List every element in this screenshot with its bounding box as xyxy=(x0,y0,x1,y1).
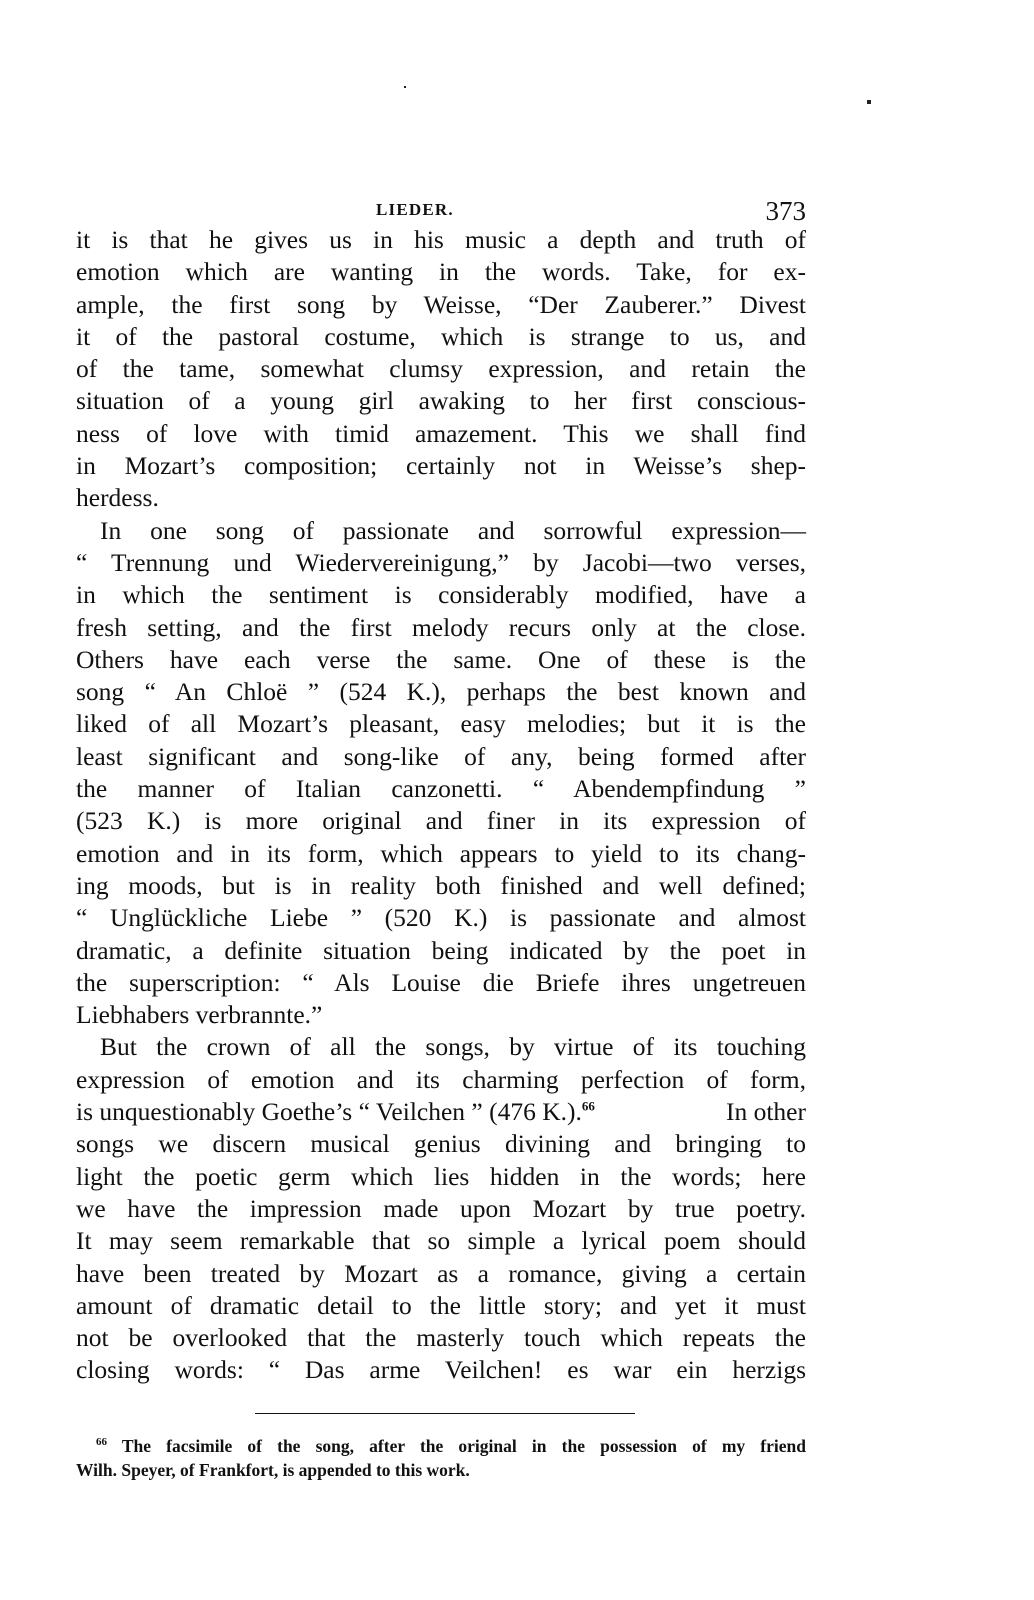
text-line: the superscription: “ Als Louise die Bri… xyxy=(76,967,806,999)
text-line: we have the impression made upon Mozart … xyxy=(76,1193,806,1225)
text-fragment: In other xyxy=(726,1096,806,1128)
footnote-divider xyxy=(255,1413,635,1414)
text-line: ample, the first song by Weisse, “Der Za… xyxy=(76,289,806,321)
text-line: ness of love with timid amazement. This … xyxy=(76,418,806,450)
text-line: in Mozart’s composition; certainly not i… xyxy=(76,450,806,482)
text-line: liked of all Mozart’s pleasant, easy mel… xyxy=(76,708,806,740)
footnote-marker: 66 xyxy=(96,1436,107,1448)
text-line: emotion which are wanting in the words. … xyxy=(76,256,806,288)
text-line: least significant and song-like of any, … xyxy=(76,741,806,773)
text-line: the manner of Italian canzonetti. “ Aben… xyxy=(76,773,806,805)
text-line: Liebhabers verbrannte.” xyxy=(76,999,806,1031)
page-number: 373 xyxy=(766,196,807,227)
text-line: amount of dramatic detail to the little … xyxy=(76,1290,806,1322)
text-line: closing words: “ Das arme Veilchen! es w… xyxy=(76,1354,806,1386)
text-line: It may seem remarkable that so simple a … xyxy=(76,1225,806,1257)
text-line: it is that he gives us in his music a de… xyxy=(76,224,806,256)
text-line: not be overlooked that the masterly touc… xyxy=(76,1322,806,1354)
footnote-text: The facsimile of the song, after the ori… xyxy=(122,1436,806,1456)
text-line: “ Unglückliche Liebe ” (520 K.) is passi… xyxy=(76,902,806,934)
text-line: have been treated by Mozart as a romance… xyxy=(76,1258,806,1290)
text-line: Others have each verse the same. One of … xyxy=(76,644,806,676)
text-line: songs we discern musical genius divining… xyxy=(76,1128,806,1160)
text-line: of the tame, somewhat clumsy expression,… xyxy=(76,353,806,385)
text-line: “ Trennung und Wiedervereinigung,” by Ja… xyxy=(76,547,806,579)
footnote: 66 The facsimile of the song, after the … xyxy=(76,1434,806,1482)
footnote-line: Wilh. Speyer, of Frankfort, is appended … xyxy=(76,1458,806,1482)
text-line: situation of a young girl awaking to her… xyxy=(76,385,806,417)
scan-speck xyxy=(867,100,871,104)
body-text: it is that he gives us in his music a de… xyxy=(76,224,806,1387)
text-line: (523 K.) is more original and finer in i… xyxy=(76,805,806,837)
text-line: expression of emotion and its charming p… xyxy=(76,1064,806,1096)
text-line: it of the pastoral costume, which is str… xyxy=(76,321,806,353)
text-line-with-footnote-ref: is unquestionably Goethe’s “ Veilchen ” … xyxy=(76,1096,806,1128)
text-line: ing moods, but is in reality both finish… xyxy=(76,870,806,902)
footnote-reference[interactable]: 66 xyxy=(582,1099,595,1114)
text-line: emotion and in its form, which appears t… xyxy=(76,838,806,870)
text-line: in which the sentiment is considerably m… xyxy=(76,579,806,611)
text-line: fresh setting, and the first melody recu… xyxy=(76,612,806,644)
text-line: herdess. xyxy=(76,482,806,514)
paragraph-start-line: But the crown of all the songs, by virtu… xyxy=(76,1031,806,1063)
text-fragment: is unquestionably Goethe’s “ Veilchen ” … xyxy=(76,1097,582,1126)
paragraph-start-line: In one song of passionate and sorrowful … xyxy=(76,515,806,547)
text-line: song “ An Chloë ” (524 K.), perhaps the … xyxy=(76,676,806,708)
text-line: light the poetic germ which lies hidden … xyxy=(76,1161,806,1193)
footnote-line: 66 The facsimile of the song, after the … xyxy=(76,1434,806,1458)
scan-speck xyxy=(404,86,406,88)
running-title: LIEDER. xyxy=(376,200,454,220)
text-line: dramatic, a definite situation being ind… xyxy=(76,935,806,967)
